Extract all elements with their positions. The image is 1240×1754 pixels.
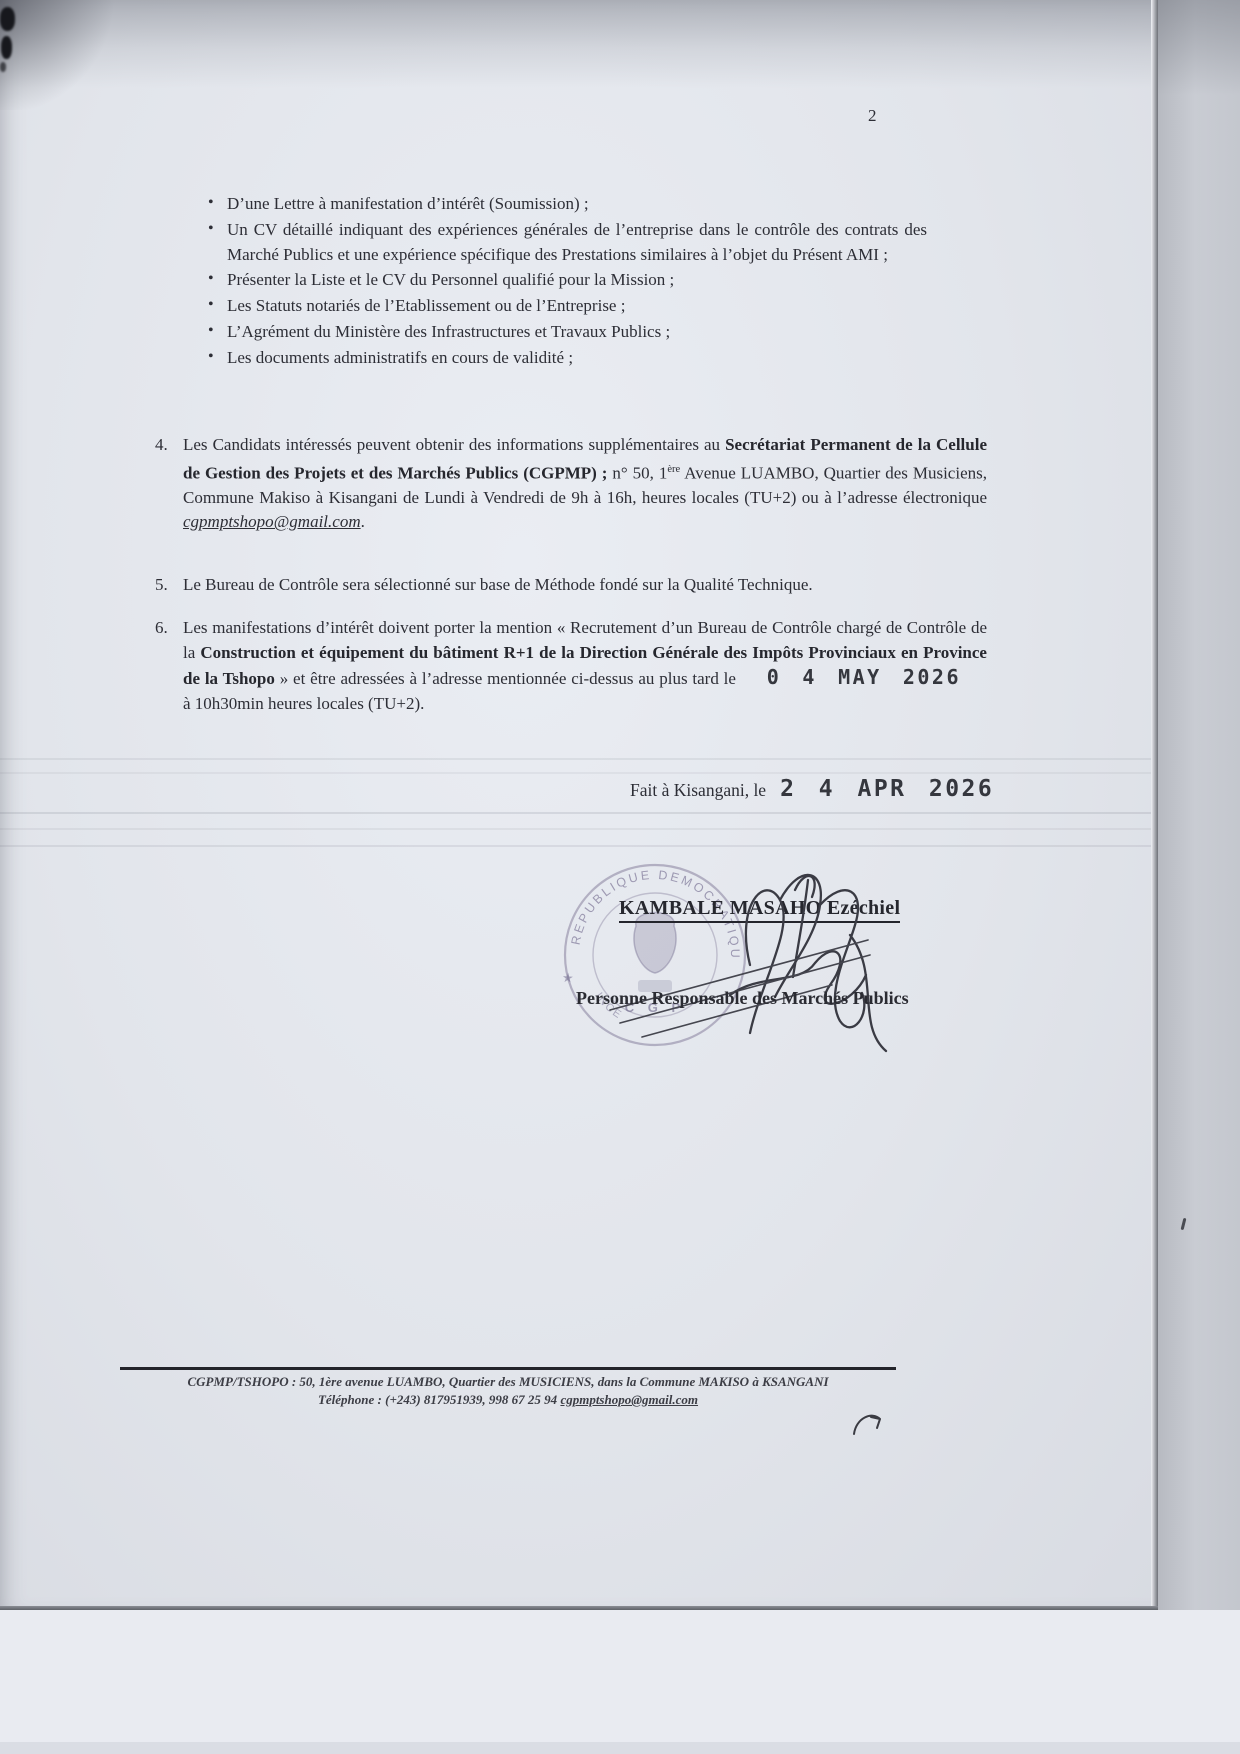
numbered-item-5: 5. Le Bureau de Contrôle sera sélectionn… (155, 573, 987, 598)
scan-artifact (1, 36, 12, 59)
scanner-background-shade (1158, 0, 1240, 95)
scan-fold-line (0, 758, 1158, 760)
item-text: Les manifestations d’intérêt doivent por… (183, 616, 987, 716)
scanned-document: 2 D’une Lettre à manifestation d’intérêt… (0, 0, 1240, 1754)
list-item: D’une Lettre à manifestation d’intérêt (… (205, 192, 927, 217)
seal-star-icon: ★ (558, 970, 576, 986)
footer-contact: Téléphone : (+243) 817951939, 998 67 25 … (120, 1392, 896, 1408)
numbered-item-6: 6. Les manifestations d’intérêt doivent … (155, 616, 987, 716)
scan-shadow-bottom (0, 1742, 1240, 1754)
scan-fold-line (0, 828, 1158, 830)
item-number: 6. (155, 616, 168, 641)
footer-phone: Téléphone : (+243) 817951939, 998 67 25 … (318, 1392, 560, 1407)
scanner-background-bottom (0, 1610, 1240, 1754)
item-text: Le Bureau de Contrôle sera sélectionné s… (183, 573, 987, 598)
list-item: Un CV détaillé indiquant des expériences… (205, 218, 927, 268)
page-number: 2 (868, 106, 877, 126)
scan-fold-line (0, 812, 1158, 814)
item-text: Les Candidats intéressés peuvent obtenir… (183, 433, 987, 535)
date-stamp-may: 0 4 MAY 2026 (767, 665, 961, 689)
item-number: 4. (155, 433, 168, 458)
footer-address: CGPMP/TSHOPO : 50, 1ère avenue LUAMBO, Q… (120, 1374, 896, 1390)
signatory-title: Personne Responsable des Marchés Publics (576, 988, 909, 1009)
handwritten-check-mark (848, 1406, 884, 1440)
list-item: Présenter la Liste et le CV du Personnel… (205, 268, 927, 293)
footer-divider (120, 1367, 896, 1370)
list-item: Les Statuts notariés de l’Etablissement … (205, 294, 927, 319)
numbered-item-4: 4. Les Candidats intéressés peuvent obte… (155, 433, 987, 535)
paper-sheet: 2 D’une Lettre à manifestation d’intérêt… (0, 0, 1158, 1610)
item-number: 5. (155, 573, 168, 598)
scan-artifact (0, 62, 6, 72)
list-item: Les documents administratifs en cours de… (205, 346, 927, 371)
handwritten-signature (600, 845, 900, 1065)
paper-right-edge (1151, 0, 1158, 1610)
date-place-text: Fait à Kisangani, le (630, 780, 766, 801)
scan-artifact (0, 7, 15, 31)
scan-smudge-corner (0, 0, 120, 110)
requirements-list: D’une Lettre à manifestation d’intérêt (… (205, 192, 927, 372)
date-stamp-apr: 2 4 APR 2026 (780, 776, 994, 802)
footer-email: cgpmptshopo@gmail.com (560, 1392, 698, 1407)
list-item: L’Agrément du Ministère des Infrastructu… (205, 320, 927, 345)
scan-fold-line (0, 772, 1158, 774)
scan-fold-line (0, 845, 1158, 847)
scanner-background (1158, 0, 1240, 1610)
date-place-line: Fait à Kisangani, le 2 4 APR 2026 (630, 776, 994, 802)
scan-shadow-top (0, 0, 1158, 88)
